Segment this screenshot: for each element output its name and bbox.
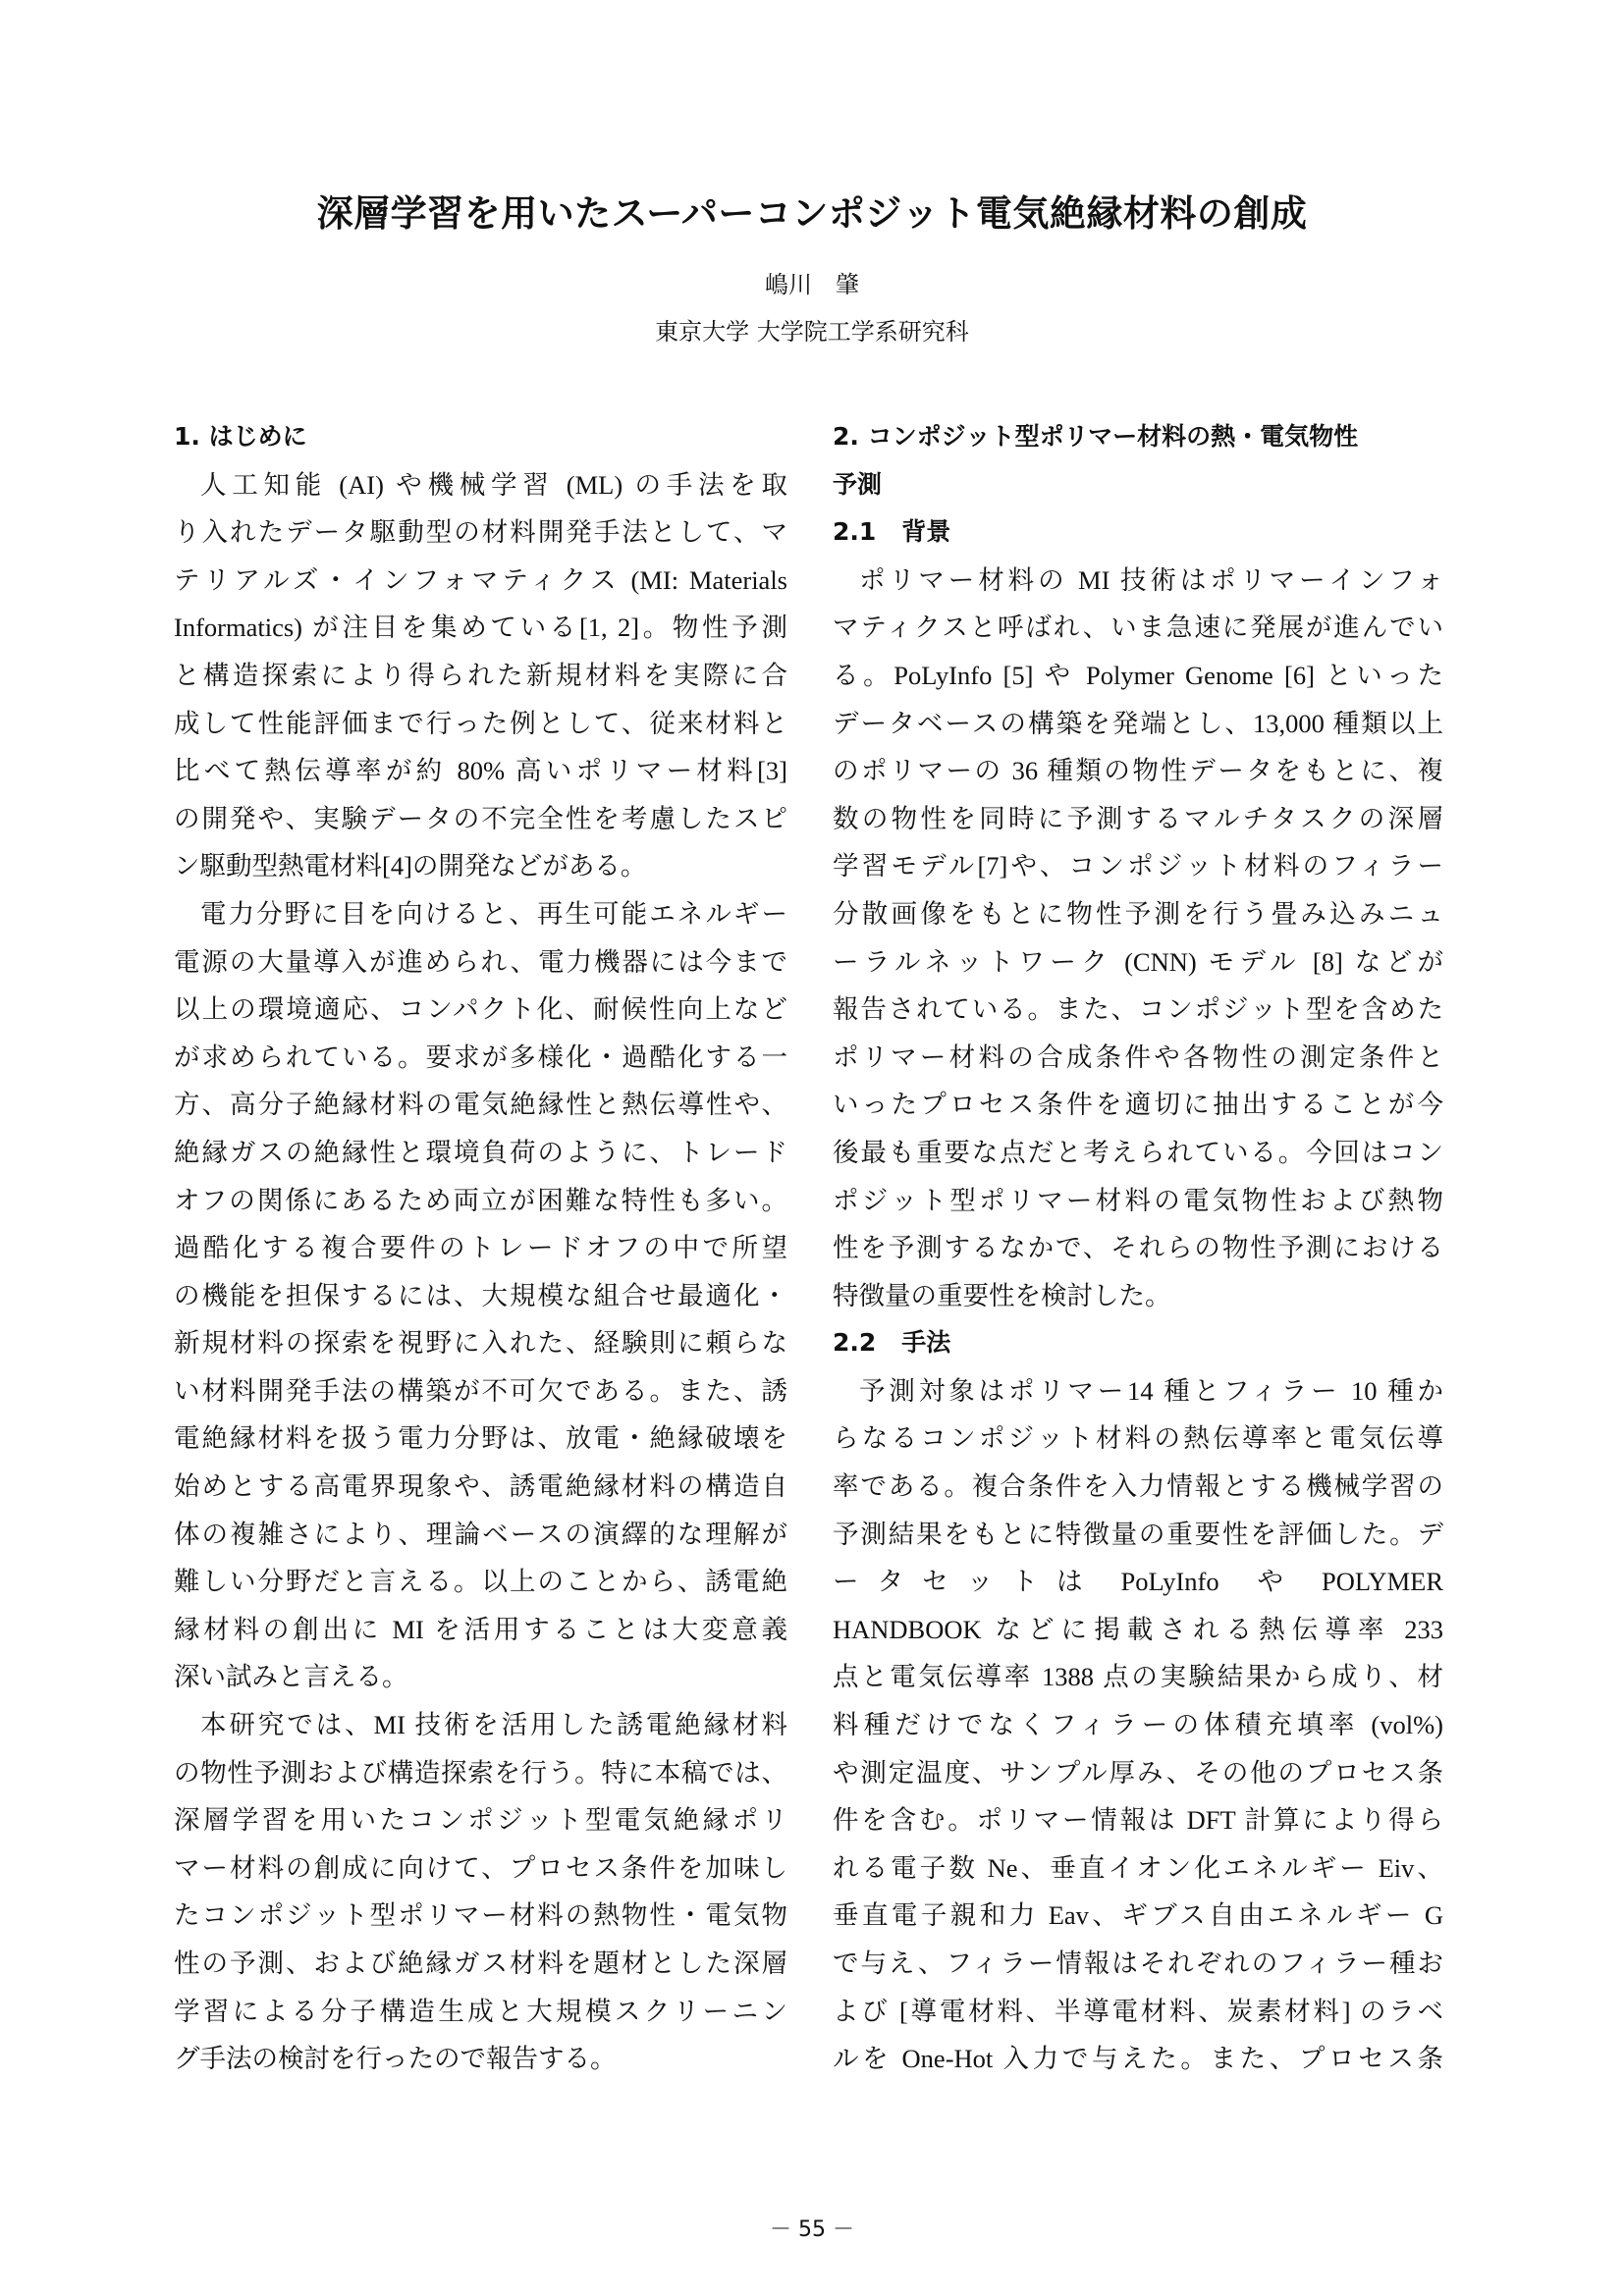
subsection-heading-background: 2.1背景 — [833, 508, 1443, 557]
body-line: 予測結果をもとに特徴量の重要性を評価した。デ — [833, 1511, 1443, 1559]
section-heading-introduction: 1. はじめに — [174, 413, 787, 461]
body-line: 電源の大量導入が進められ、電力機器には今まで — [174, 938, 787, 987]
body-line: 絶縁ガスの絶縁性と環境負荷のように、トレード — [174, 1129, 787, 1177]
body-line: ルを One-Hot 入力で与えた。また、プロセス条 — [833, 2035, 1443, 2083]
body-line: らなるコンポジット材料の熱伝導率と電気伝導 — [833, 1415, 1443, 1463]
body-line: 分散画像をもとに物性予測を行う畳み込みニュ — [833, 890, 1443, 938]
body-line: 比べて熱伝導率が約 80% 高いポリマー材料[3] — [174, 747, 787, 795]
body-line: 予測対象はポリマー14 種とフィラー 10 種か — [833, 1367, 1443, 1415]
body-line: 本研究では、MI 技術を活用した誘電絶縁材料 — [174, 1701, 787, 1749]
body-line: ーラルネットワーク (CNN) モデル [8] などが — [833, 938, 1443, 987]
body-line: 率である。複合条件を入力情報とする機械学習の — [833, 1463, 1443, 1511]
body-line: 性の予測、および絶縁ガス材料を題材とした深層 — [174, 1940, 787, 1988]
body-line: 料種だけでなくフィラーの体積充填率 (vol%) — [833, 1701, 1443, 1749]
body-line: 学習モデル[7]や、コンポジット材料のフィラー — [833, 842, 1443, 890]
section-heading-composite-prediction: 2. コンポジット型ポリマー材料の熱・電気物性 — [833, 413, 1443, 461]
paper-title: 深層学習を用いたスーパーコンポジット電気絶縁材料の創成 — [0, 187, 1624, 241]
section-heading-composite-prediction-cont: 予測 — [833, 461, 1443, 509]
body-line: で与え、フィラー情報はそれぞれのフィラー種お — [833, 1940, 1443, 1988]
body-line: オフの関係にあるため両立が困難な特性も多い。 — [174, 1177, 787, 1225]
body-line: 以上の環境適応、コンパクト化、耐候性向上など — [174, 986, 787, 1034]
body-line: 深層学習を用いたコンポジット型電気絶縁ポリ — [174, 1796, 787, 1844]
body-line: 人工知能 (AI) や機械学習 (ML) の手法を取 — [174, 461, 787, 509]
body-line: と構造探索により得られた新規材料を実際に合 — [174, 652, 787, 700]
body-line: 件を含む。ポリマー情報は DFT 計算により得ら — [833, 1796, 1443, 1844]
body-line: 新規材料の探索を視野に入れた、経験則に頼らな — [174, 1319, 787, 1367]
body-line: 電力分野に目を向けると、再生可能エネルギー — [174, 890, 787, 938]
body-line: 難しい分野だと言える。以上のことから、誘電絶 — [174, 1558, 787, 1606]
page-number: － 55 － — [0, 2214, 1624, 2247]
body-line: ン駆動型熱電材料[4]の開発などがある。 — [174, 842, 787, 890]
body-line: 報告されている。また、コンポジット型を含めた — [833, 986, 1443, 1034]
subsection-number: 2.1 — [833, 517, 876, 546]
subsection-heading-method: 2.2手法 — [833, 1319, 1443, 1367]
body-line: マティクスと呼ばれ、いま急速に発展が進んでい — [833, 604, 1443, 652]
author-affiliation: 東京大学 大学院工学系研究科 — [0, 314, 1624, 349]
body-line: の物性予測および構造探索を行う。特に本稿では、 — [174, 1749, 787, 1797]
body-line: 特徴量の重要性を検討した。 — [833, 1272, 1443, 1320]
body-line: 垂直電子親和力 Eav、ギブス自由エネルギー G — [833, 1892, 1443, 1940]
body-line: の開発や、実験データの不完全性を考慮したスピ — [174, 795, 787, 843]
body-line: 性を予測するなかで、それらの物性予測における — [833, 1224, 1443, 1272]
body-line: HANDBOOK などに掲載される熱伝導率 233 — [833, 1606, 1443, 1654]
body-line: ー タ セ ッ ト は PoLyInfo や POLYMER — [833, 1558, 1443, 1606]
body-line: 体の複雑さにより、理論ベースの演繹的な理解が — [174, 1511, 787, 1559]
body-line: いったプロセス条件を適切に抽出することが今 — [833, 1081, 1443, 1129]
body-line: 電絶縁材料を扱う電力分野は、放電・絶縁破壊を — [174, 1415, 787, 1463]
body-line: 後最も重要な点だと考えられている。今回はコン — [833, 1129, 1443, 1177]
subsection-title: 手法 — [901, 1328, 950, 1357]
body-line: グ手法の検討を行ったので報告する。 — [174, 2035, 787, 2083]
body-line: い材料開発手法の構築が不可欠である。また、誘 — [174, 1367, 787, 1415]
body-line: データベースの構築を発端とし、13,000 種類以上 — [833, 700, 1443, 748]
body-line: る。PoLyInfo [5] や Polymer Genome [6] といった — [833, 652, 1443, 700]
body-line: マー材料の創成に向けて、プロセス条件を加味し — [174, 1844, 787, 1893]
body-line: テリアルズ・インフォマティクス (MI: Materials — [174, 557, 787, 605]
body-line: ポリマー材料の合成条件や各物性の測定条件と — [833, 1034, 1443, 1082]
body-line: 深い試みと言える。 — [174, 1653, 787, 1701]
subsection-title: 背景 — [901, 517, 950, 546]
body-line: 点と電気伝導率 1388 点の実験結果から成り、材 — [833, 1653, 1443, 1701]
body-line: 学習による分子構造生成と大規模スクリーニン — [174, 1988, 787, 2036]
body-line: の機能を担保するには、大規模な組合せ最適化・ — [174, 1272, 787, 1320]
body-line: 数の物性を同時に予測するマルチタスクの深層 — [833, 795, 1443, 843]
body-line: よび [導電材料、半導電材料、炭素材料] のラベ — [833, 1988, 1443, 2036]
body-line: れる電子数 Ne、垂直イオン化エネルギー Eiv、 — [833, 1844, 1443, 1893]
body-line: たコンポジット型ポリマー材料の熱物性・電気物 — [174, 1892, 787, 1940]
body-line: のポリマーの 36 種類の物性データをもとに、複 — [833, 747, 1443, 795]
body-line: ポリマー材料の MI 技術はポリマーインフォ — [833, 557, 1443, 605]
body-line: 過酷化する複合要件のトレードオフの中で所望 — [174, 1224, 787, 1272]
body-line: 成して性能評価まで行った例として、従来材料と — [174, 700, 787, 748]
body-line: や測定温度、サンプル厚み、その他のプロセス条 — [833, 1749, 1443, 1797]
subsection-number: 2.2 — [833, 1328, 876, 1357]
body-line: 方、高分子絶縁材料の電気絶縁性と熱伝導性や、 — [174, 1081, 787, 1129]
right-column: 2. コンポジット型ポリマー材料の熱・電気物性 予測 2.1背景 ポリマー材料の… — [833, 413, 1443, 2083]
body-line: ポジット型ポリマー材料の電気物性および熱物 — [833, 1177, 1443, 1225]
body-line: り入れたデータ駆動型の材料開発手法として、マ — [174, 508, 787, 557]
body-line: が求められている。要求が多様化・過酷化する一 — [174, 1034, 787, 1082]
left-column: 1. はじめに 人工知能 (AI) や機械学習 (ML) の手法を取 り入れたデ… — [174, 413, 787, 2083]
body-line: 縁材料の創出に MI を活用することは大変意義 — [174, 1606, 787, 1654]
body-line: 始めとする高電界現象や、誘電絶縁材料の構造自 — [174, 1463, 787, 1511]
body-line: Informatics) が注目を集めている[1, 2]。物性予測 — [174, 604, 787, 652]
author-name: 嶋川 肇 — [0, 267, 1624, 302]
